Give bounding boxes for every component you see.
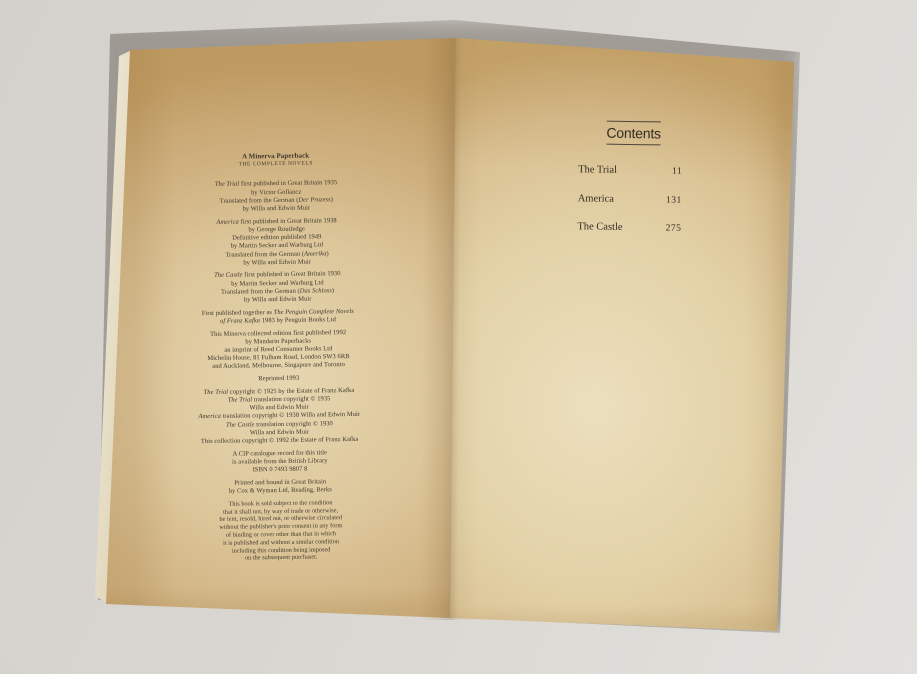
copyright-block: The Trial copyright © 1925 by the Estate…: [156, 386, 402, 447]
gutter-fold: [420, 38, 481, 620]
toc-entry-page: 131: [666, 194, 682, 206]
copyright-block: The Trial first published in Great Brita…: [154, 179, 399, 215]
toc-entry: America131: [568, 193, 684, 207]
copyright-block: This Minerva collected edition first pub…: [156, 328, 402, 372]
copyright-block: America first published in Great Britain…: [154, 216, 400, 269]
toc-entry: The Trial11: [568, 164, 684, 178]
copyright-text: A Minerva Paperback THE COMPLETE NOVELS …: [153, 150, 404, 568]
toc-entry-page: 11: [672, 166, 682, 178]
copyright-block: Printed and bound in Great Britainby Cox…: [158, 477, 403, 497]
toc-entry-title: The Trial: [578, 164, 617, 177]
toc-entry-title: The Castle: [577, 221, 622, 234]
contents-header: Contents: [601, 121, 667, 146]
copyright-blocks: The Trial first published in Great Brita…: [154, 179, 404, 564]
contents-title: Contents: [601, 122, 667, 145]
contents-page-text: Contents The Trial11America131The Castle…: [559, 112, 701, 251]
copyright-block: Reprinted 1993: [156, 373, 401, 385]
toc-entry: The Castle275: [567, 221, 683, 235]
toc-entry-title: America: [578, 193, 614, 206]
copyright-line: Reprinted 1993: [156, 373, 401, 385]
copyright-block: The Castle first published in Great Brit…: [155, 270, 400, 306]
toc-entry-page: 275: [666, 223, 682, 235]
copyright-block: A CIP catalogue record for this titleis …: [157, 448, 402, 476]
table-of-contents: The Trial11America131The Castle275: [567, 164, 684, 235]
copyright-block: This book is sold subject to the conditi…: [158, 498, 404, 564]
copyright-block: First published together as The Penguin …: [155, 307, 400, 327]
